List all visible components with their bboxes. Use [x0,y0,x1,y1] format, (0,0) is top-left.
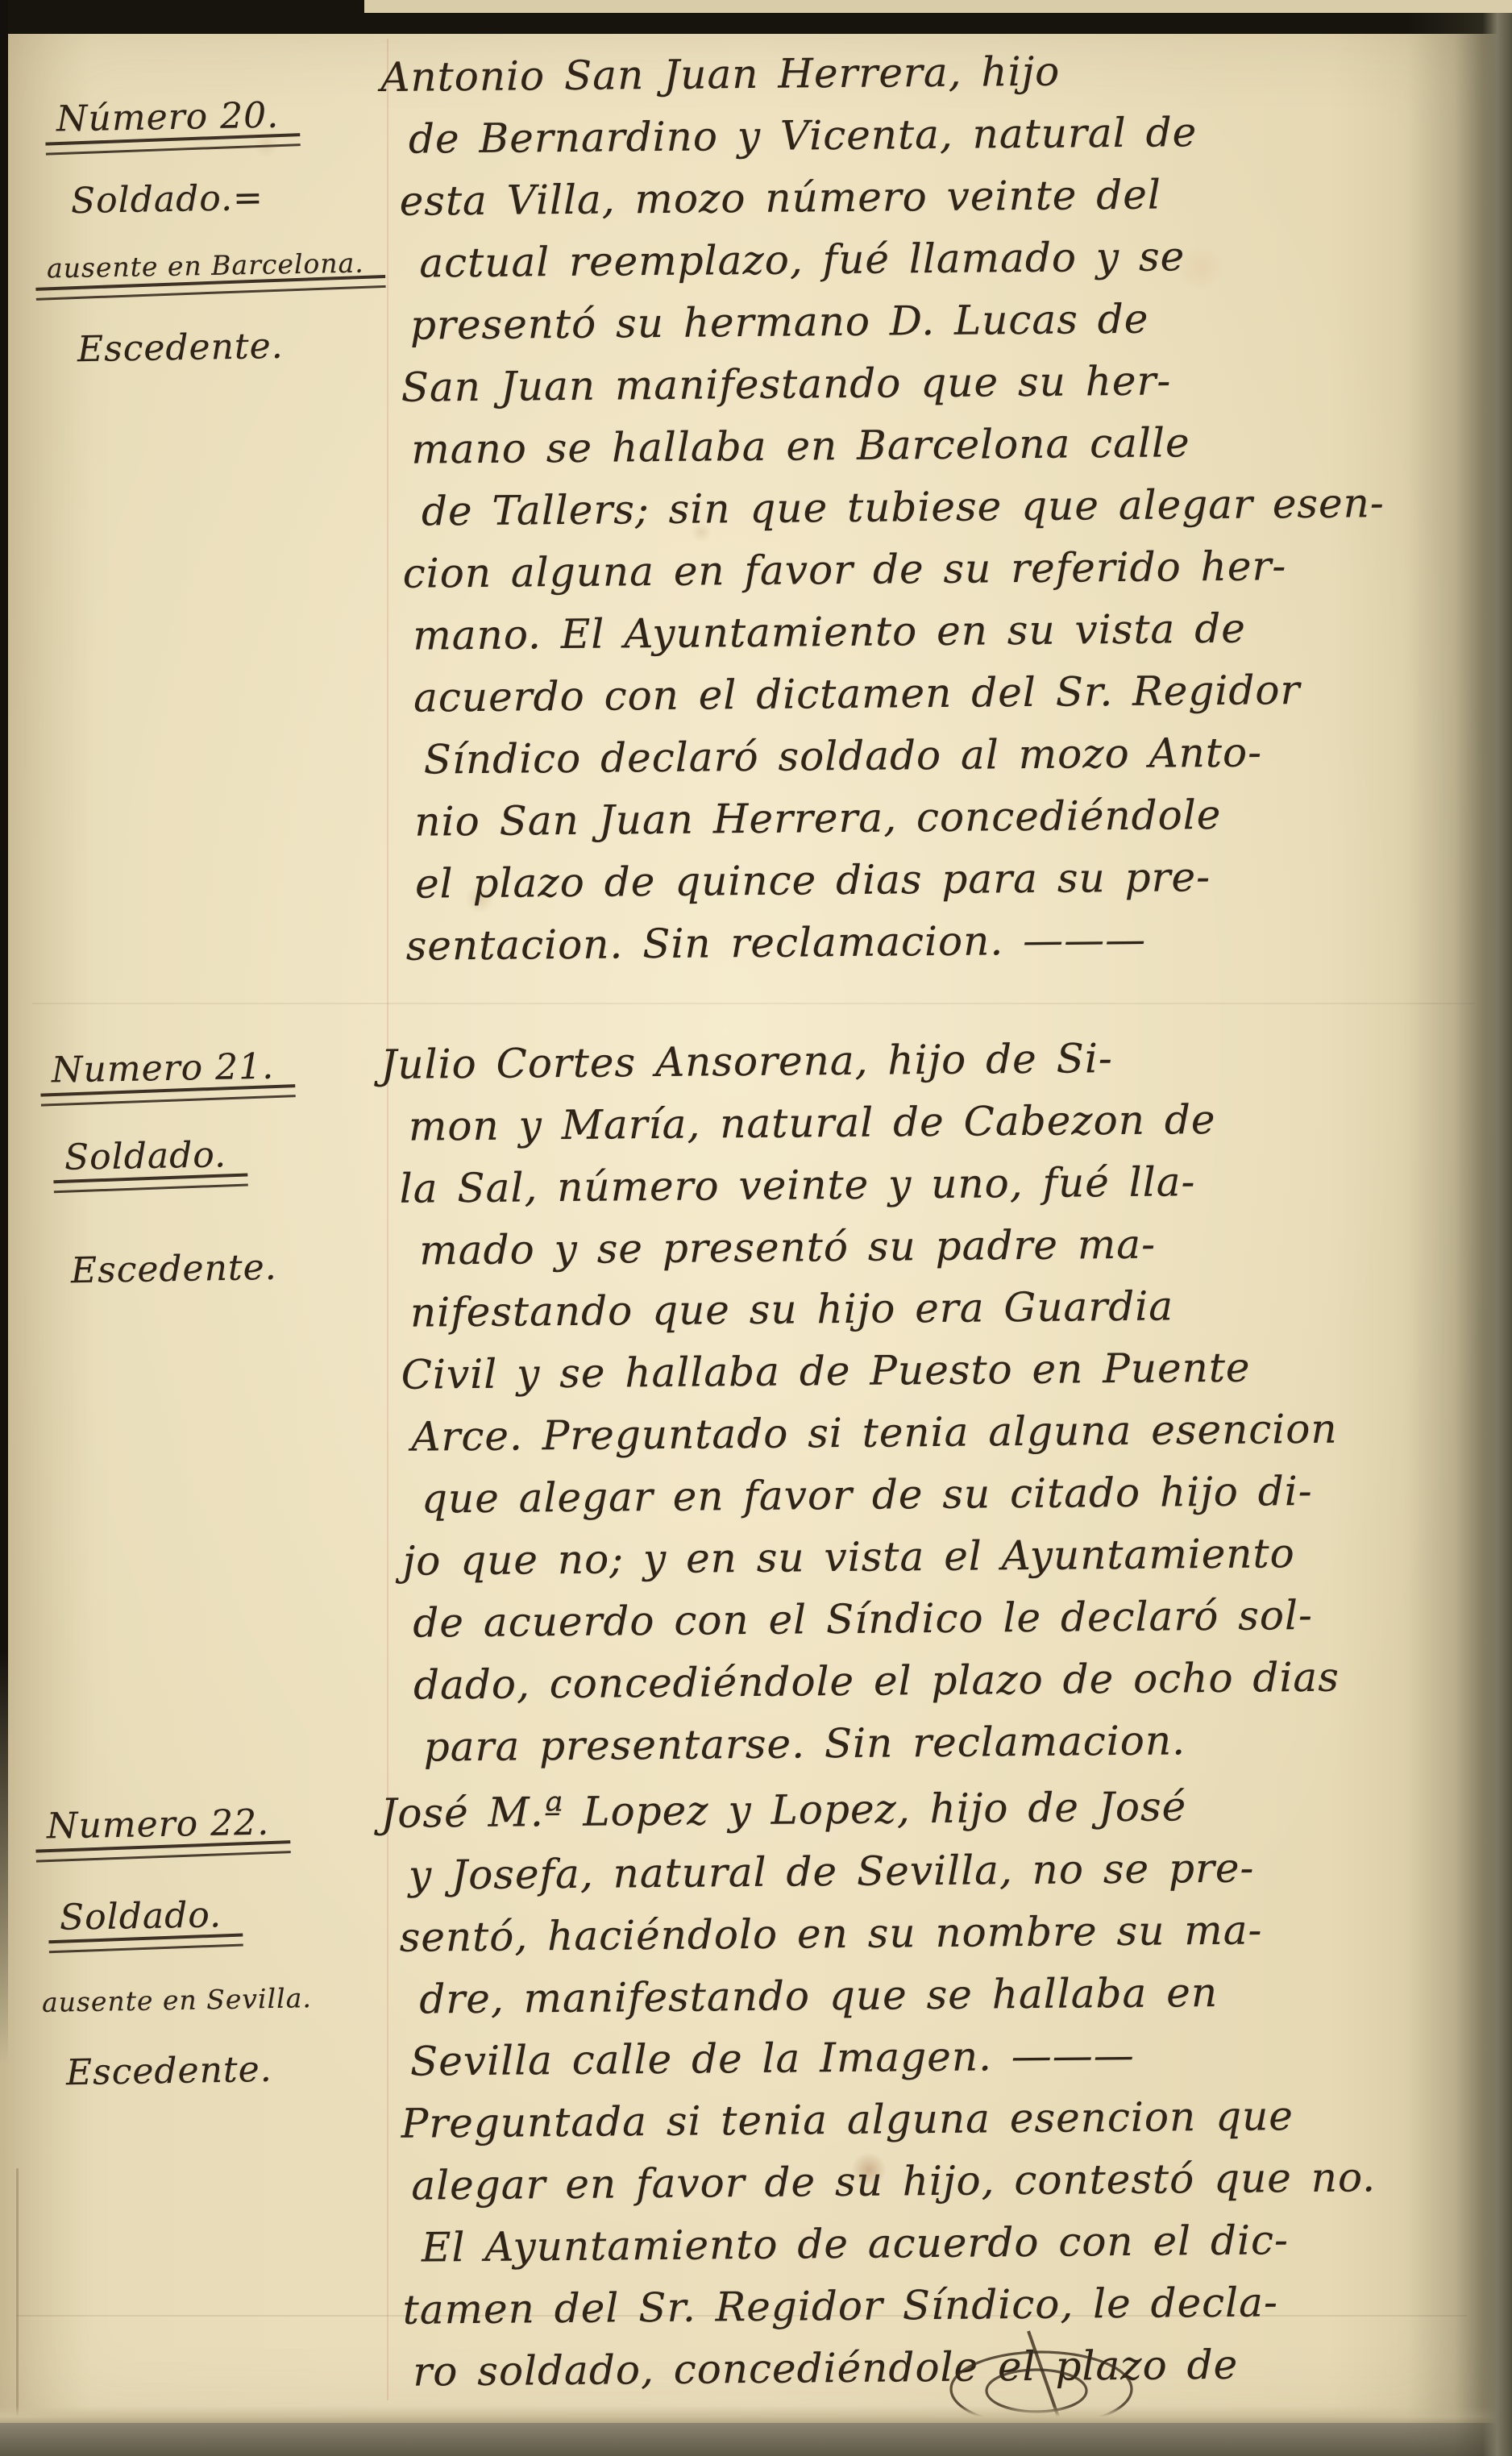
manuscript-line: de Bernardino y Vicenta, natural de [409,99,1512,171]
margin-note-absence: ausente en Barcelona. [47,247,364,285]
manuscript-line: sentó, haciéndolo en su nombre su ma- [399,1897,1512,1969]
manuscript-line: de Tallers; sin que tubiese que alegar e… [422,472,1512,543]
manuscript-line: y Josefa, natural de Sevilla, no se pre- [409,1835,1512,1907]
manuscript-line: alegar en favor de su hijo, contestó que… [411,2146,1512,2217]
page-curl-shadow [1407,0,1512,2456]
manuscript-line: Julio Cortes Ansorena, hijo de Si- [380,1024,1512,1096]
page-left-crease [16,2168,19,2434]
manuscript-line: San Juan manifestando que su her- [401,347,1512,419]
manuscript-line: nio San Juan Herrera, concediéndole [414,782,1512,854]
manuscript-line: sentacion. Sin reclamacion. ——— [405,906,1512,978]
register-entry-22: Numero 22. Soldado. ausente en Sevilla. … [0,1783,1512,2420]
manuscript-line: nifestando que su hijo era Guardia [410,1273,1512,1344]
margin-note-number: Numero 22. [47,1802,270,1847]
scanner-bottom-strip [0,2423,1512,2456]
manuscript-line: Sevilla calle de la Imagen. ——— [410,2022,1512,2093]
manuscript-line: actual reemplazo, fué llamado y se [419,223,1512,295]
margin-note-class: Escedente. [77,326,284,370]
manuscript-line: Preguntada si tenia alguna esencion que [401,2084,1512,2155]
manuscript-line: Antonio San Juan Herrera, hijo [380,37,1512,109]
entry-body: Antonio San Juan Herrera, hijo de Bernar… [377,37,1512,978]
margin-note-absence: ausente en Sevilla. [42,1982,312,2018]
manuscript-line: la Sal, número veinte y uno, fué lla- [399,1149,1512,1220]
margin-note-status: Soldado. [60,1894,222,1939]
manuscript-page: Número 20. Soldado.= ausente en Barcelon… [0,0,1512,2456]
manuscript-line: para presentarse. Sin reclamacion. [423,1707,1512,1779]
manuscript-line: mano. El Ayuntamiento en su vista de [413,596,1512,667]
manuscript-line: mano se hallaba en Barcelona calle [411,409,1512,481]
manuscript-line: Civil y se hallaba de Puesto en Puente [401,1335,1512,1407]
previous-page-edge [364,0,1512,13]
manuscript-line: Síndico declaró soldado al mozo Anto- [423,720,1512,792]
manuscript-line: mado y se presentó su padre ma- [419,1211,1512,1282]
left-binding-edge [0,0,8,2063]
margin-note-status: Soldado. [64,1134,227,1178]
manuscript-line: de acuerdo con el Síndico le declaró sol… [413,1583,1512,1655]
manuscript-line: José M.ª Lopez y Lopez, hijo de José [380,1773,1512,1845]
manuscript-line: que alegar en favor de su citado hijo di… [422,1459,1512,1531]
manuscript-line: cion alguna en favor de su referido her- [402,534,1512,605]
manuscript-line: Arce. Preguntado si tenia alguna esencio… [411,1397,1512,1469]
manuscript-line: el plazo de quince dias para su pre- [415,844,1512,916]
manuscript-line: mon y María, natural de Cabezon de [409,1087,1512,1158]
entry-body: Julio Cortes Ansorena, hijo de Si- mon y… [377,1024,1512,1779]
entry-body: José M.ª Lopez y Lopez, hijo de José y J… [377,1773,1512,2404]
margin-note-status: Soldado.= [71,177,264,222]
manuscript-line: jo que no; y en su vista el Ayuntamiento [402,1521,1512,1593]
manuscript-line: acuerdo con el dictamen del Sr. Regidor [413,658,1512,729]
page-bottom-edge [0,2406,1512,2424]
manuscript-line: El Ayuntamiento de acuerdo con el dic- [422,2208,1512,2279]
register-entry-21: Numero 21. Soldado. Escedente. Julio Cor… [0,1034,1512,1784]
manuscript-line: presentó su hermano D. Lucas de [410,285,1512,357]
margin-note-class: Escedente. [66,2049,272,2093]
margin-note-number: Número 20. [56,95,280,140]
manuscript-line: dado, concediéndole el plazo de ocho dia… [413,1645,1512,1717]
manuscript-line: esta Villa, mozo número veinte del [399,161,1512,233]
manuscript-line: dre, manifestando que se hallaba en [419,1959,1512,2031]
margin-note-class: Escedente. [71,1247,277,1291]
margin-note-number: Numero 21. [52,1046,275,1091]
register-entry-20: Número 20. Soldado.= ausente en Barcelon… [0,47,1512,1034]
